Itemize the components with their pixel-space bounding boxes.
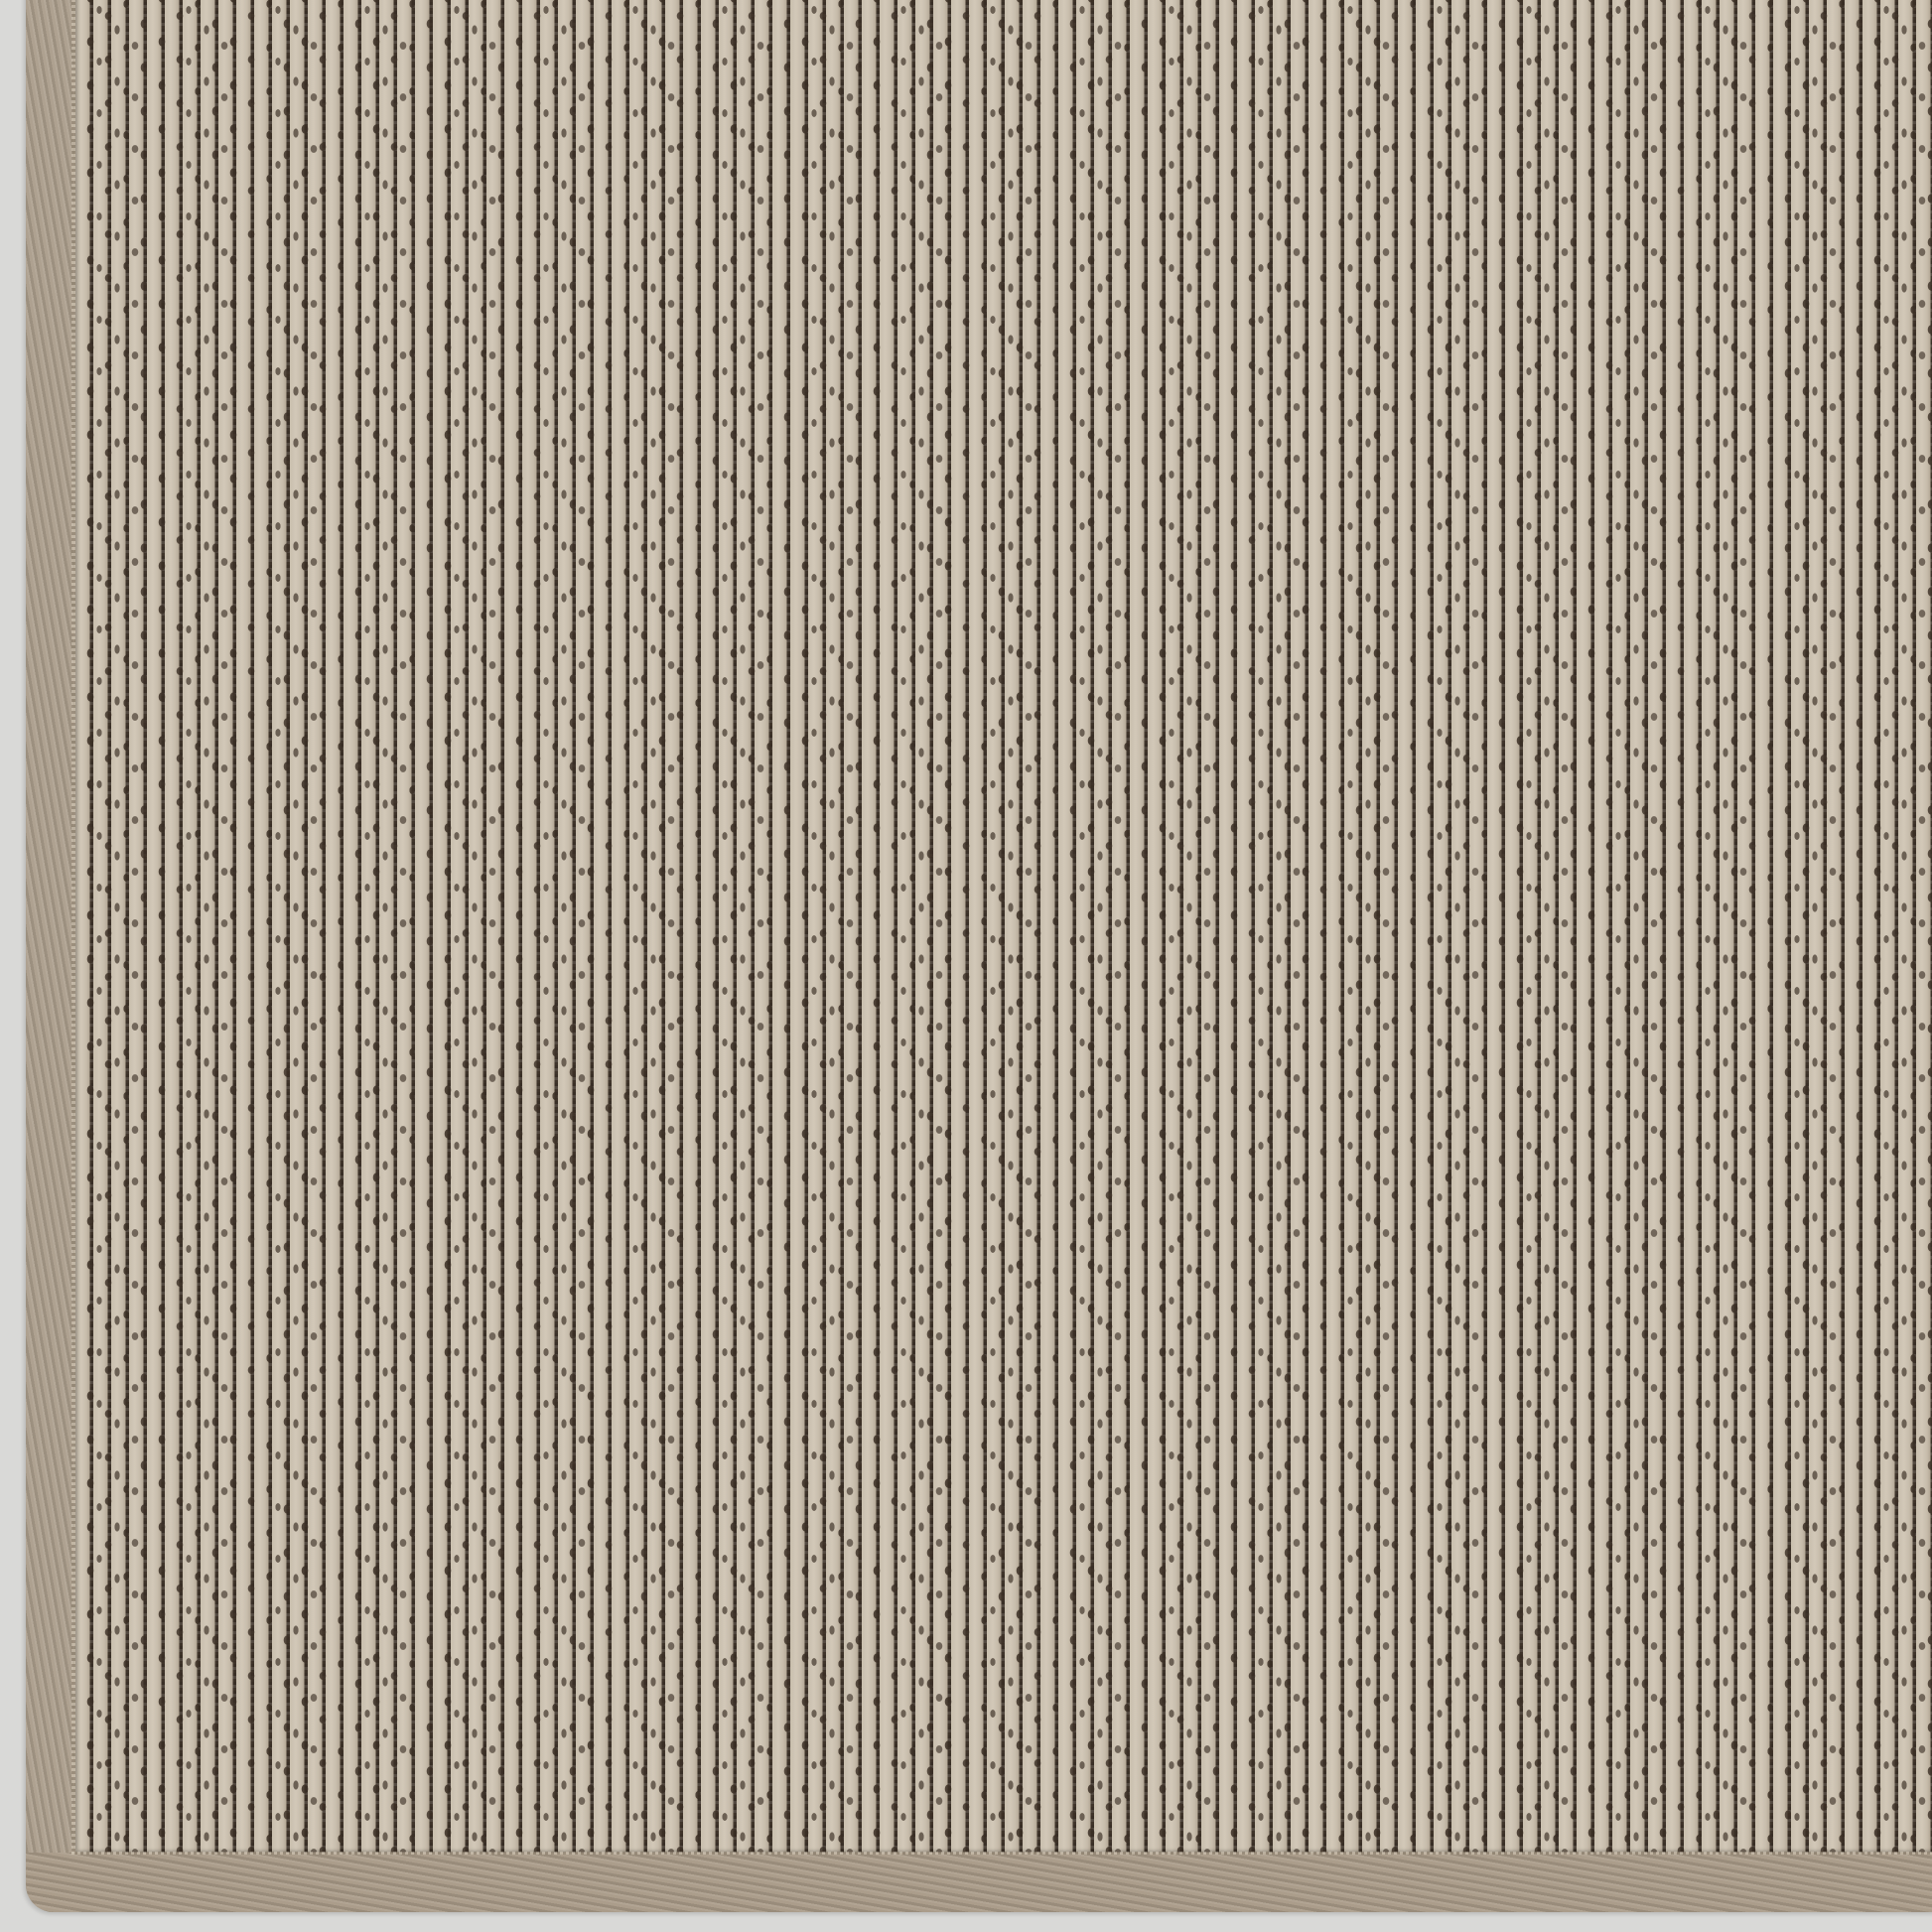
rug bbox=[26, 0, 1932, 1912]
rug-binding-left-edge bbox=[26, 0, 73, 1912]
rug-pile-field bbox=[75, 0, 1932, 1853]
binding-seam-left bbox=[71, 0, 75, 1855]
binding-seam-bottom bbox=[71, 1852, 1932, 1855]
photo-scene bbox=[0, 0, 1932, 1932]
rug-binding-bottom-edge bbox=[26, 1853, 1932, 1912]
